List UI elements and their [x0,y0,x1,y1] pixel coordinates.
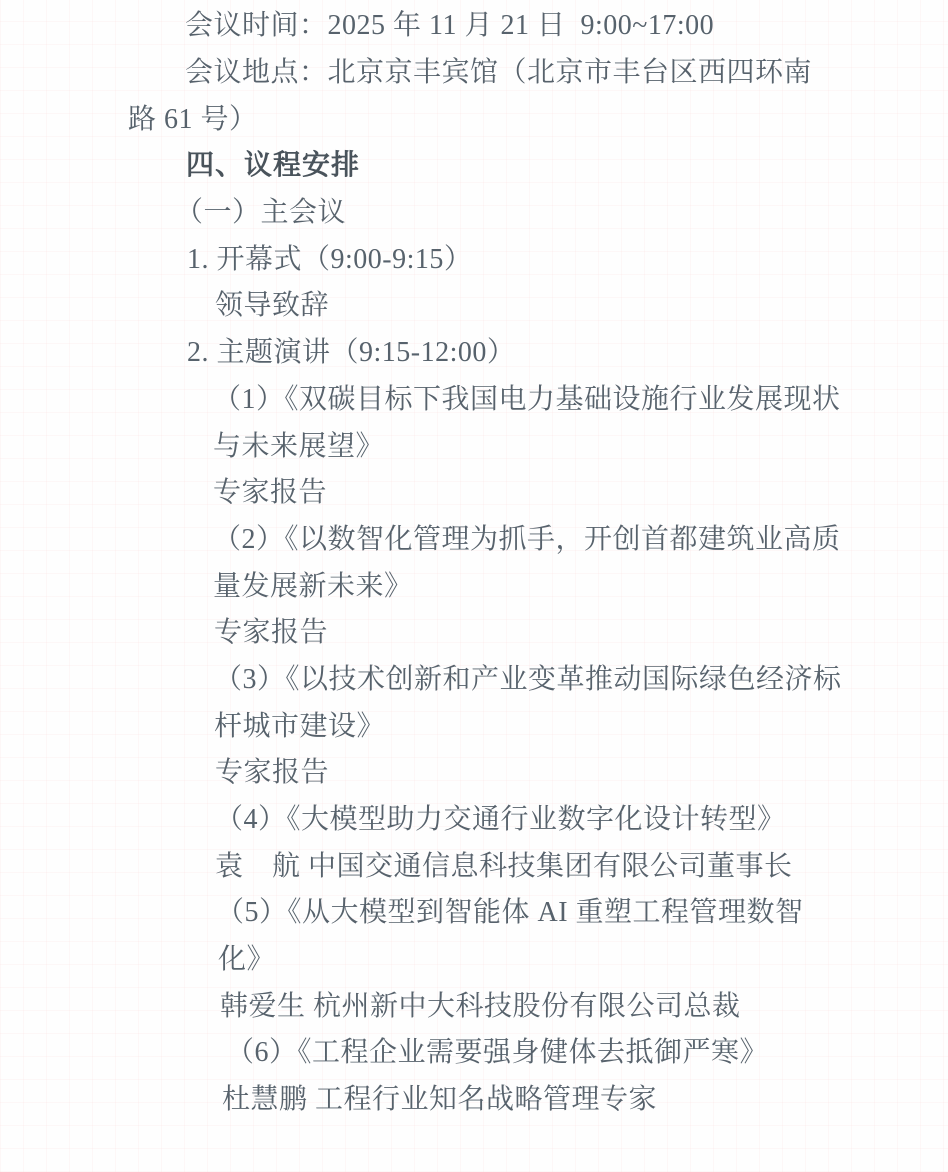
text-line-talk-1-speaker: 专家报告 [0,467,948,514]
document-body: 会议时间：2025 年 11 月 21 日 9:00~17:00会议地点：北京京… [0,0,948,1121]
text-line-talk-6-speaker: 杜慧鹏 工程行业知名战略管理专家 [0,1074,948,1121]
text-line-meeting-location-cont: 路 61 号） [0,93,948,140]
text-line-agenda-item-1: 1. 开幕式（9:00-9:15） [0,233,948,280]
text-line-talk-2-title: （2）《以数智化管理为抓手，开创首都建筑业高质 [0,514,948,561]
text-line-agenda-item-2: 2. 主题演讲（9:15-12:00） [0,327,948,374]
text-line-talk-4-title: （4）《大模型助力交通行业数字化设计转型》 [0,794,948,841]
text-line-subsection-heading: （一）主会议 [0,187,948,234]
text-line-section-heading: 四、议程安排 [0,140,948,187]
text-line-talk-3-title: （3）《以技术创新和产业变革推动国际绿色经济标 [0,654,948,701]
text-line-talk-1-title: （1）《双碳目标下我国电力基础设施行业发展现状 [0,374,948,421]
text-line-meeting-time: 会议时间：2025 年 11 月 21 日 9:00~17:00 [0,0,948,47]
text-line-talk-5-title: （5）《从大模型到智能体 AI 重塑工程管理数智 [0,887,948,934]
text-line-talk-5-title-cont: 化》 [0,934,948,981]
text-line-meeting-location: 会议地点：北京京丰宾馆（北京市丰台区西四环南 [0,47,948,94]
text-line-talk-3-speaker: 专家报告 [0,747,948,794]
text-line-talk-2-title-cont: 量发展新未来》 [0,560,948,607]
text-line-talk-6-title: （6）《工程企业需要强身健体去抵御严寒》 [0,1027,948,1074]
text-line-talk-1-title-cont: 与未来展望》 [0,420,948,467]
text-line-talk-2-speaker: 专家报告 [0,607,948,654]
text-line-talk-5-speaker: 韩爱生 杭州新中大科技股份有限公司总裁 [0,980,948,1027]
text-line-agenda-item-1-detail: 领导致辞 [0,280,948,327]
text-line-talk-4-speaker: 袁 航 中国交通信息科技集团有限公司董事长 [0,840,948,887]
text-line-talk-3-title-cont: 杆城市建设》 [0,700,948,747]
document-page: 会议时间：2025 年 11 月 21 日 9:00~17:00会议地点：北京京… [0,0,948,1172]
